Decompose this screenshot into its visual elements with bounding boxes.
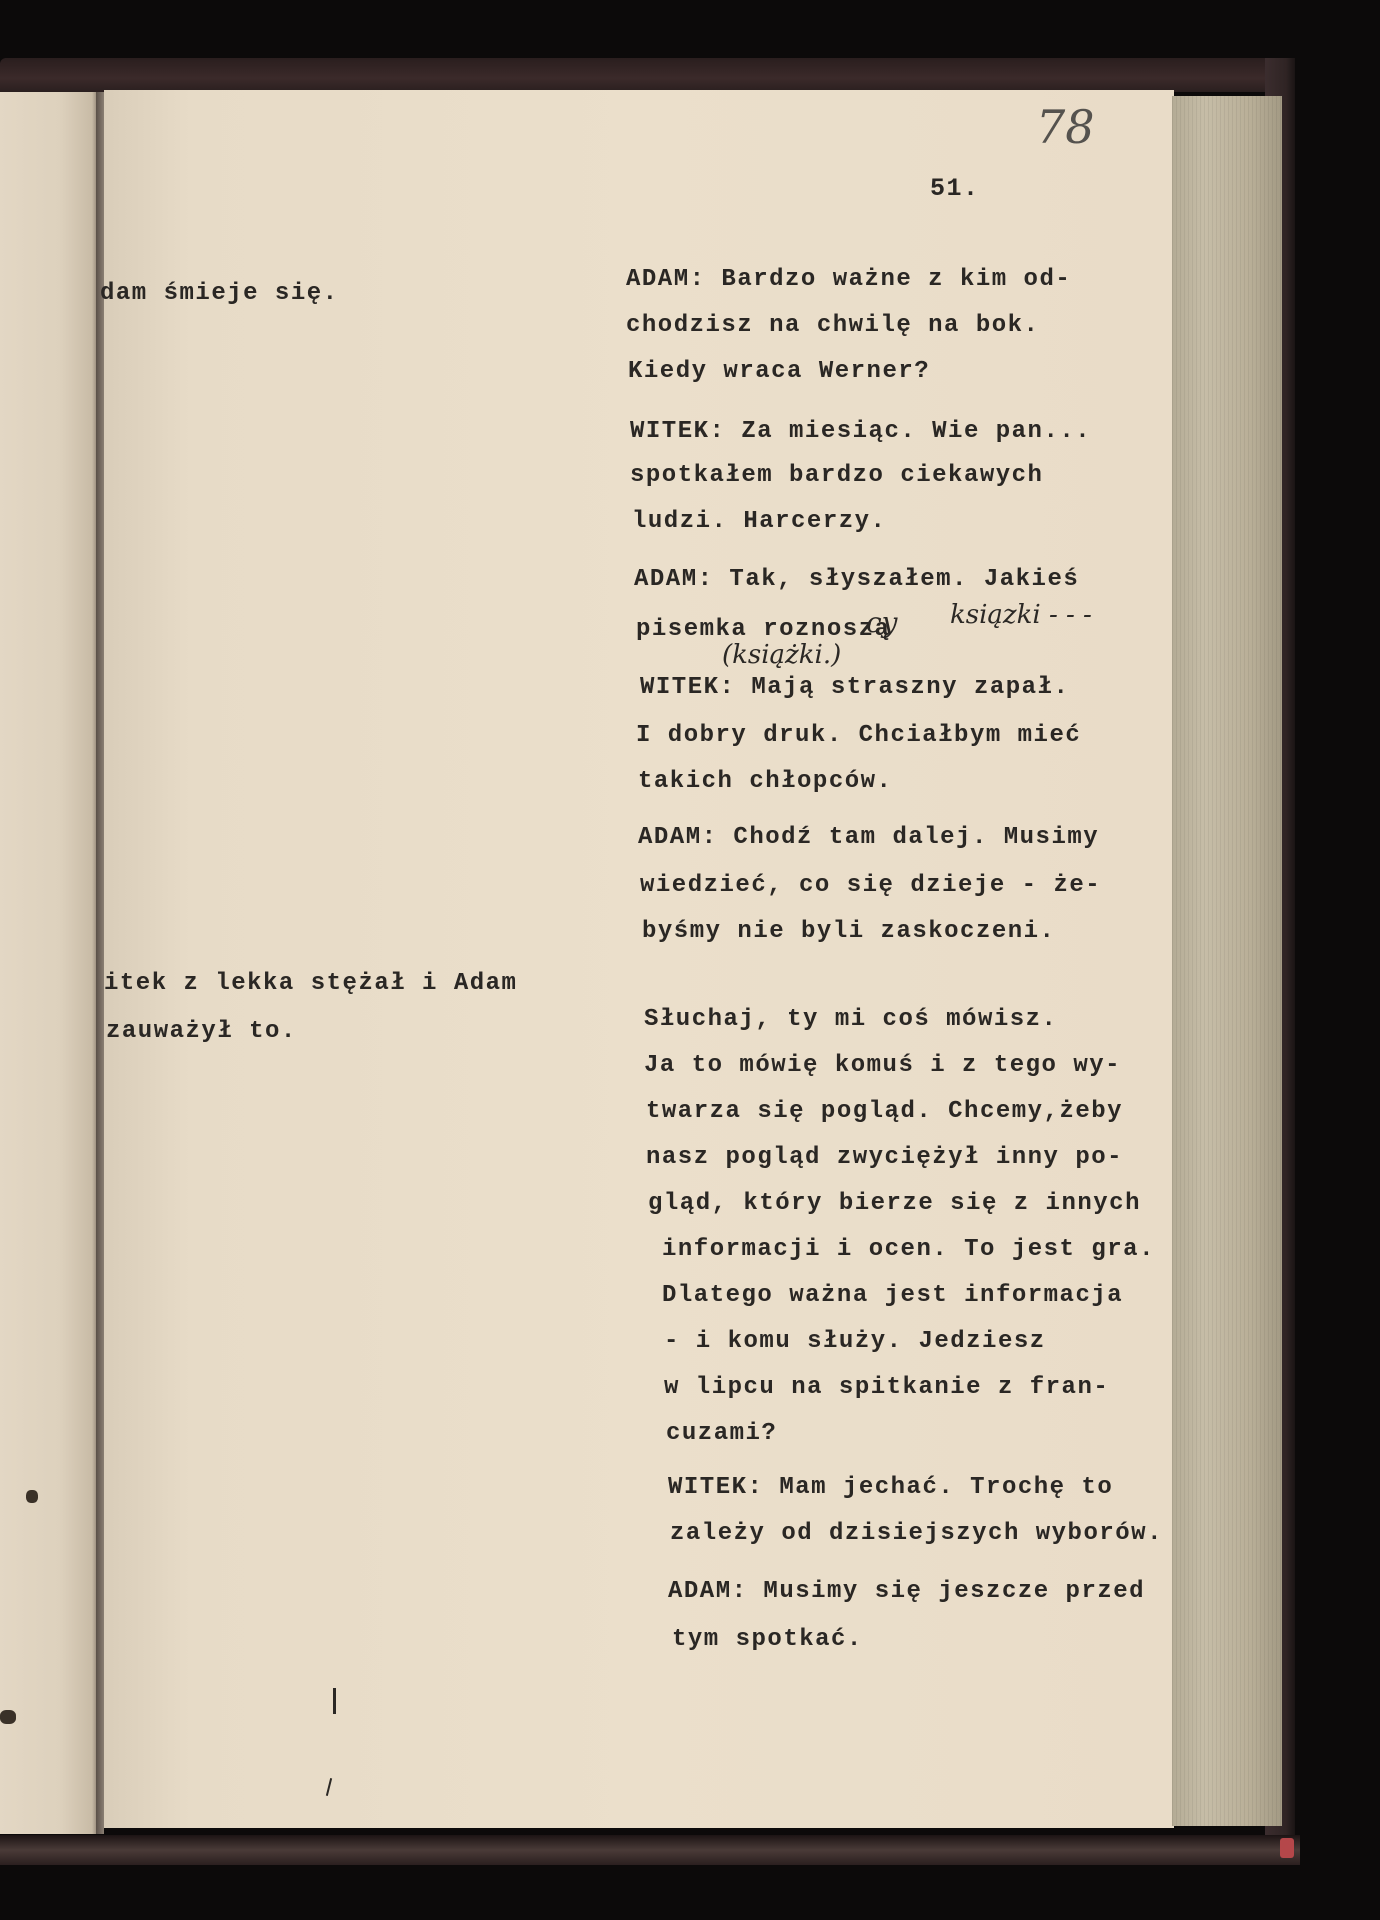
dialogue-line: gląd, który bierze się z innych [648, 1192, 1141, 1216]
dialogue-line: ADAM: Chodź tam dalej. Musimy [638, 826, 1099, 850]
dialogue-line: ADAM: Bardzo ważne z kim od- [626, 268, 1071, 292]
stage-direction-adam-laughs: dam śmieje się. [100, 280, 339, 307]
dialogue-line: WITEK: Za miesiąc. Wie pan... [630, 420, 1091, 444]
stage-direction-witek-line-2: zauważył to. [106, 1018, 297, 1045]
handwritten-annotation: ksiązki - - - [950, 600, 1092, 630]
page-gutter [96, 92, 104, 1834]
dialogue-line: wiedzieć, co się dzieje - że- [640, 874, 1101, 898]
book-cover-bottom [0, 1835, 1300, 1865]
left-page [0, 92, 100, 1834]
dialogue-line: Słuchaj, ty mi coś mówisz. [644, 1008, 1057, 1032]
dialogue-line: zależy od dzisiejszych wyborów. [670, 1522, 1163, 1546]
dialogue-line: I dobry druk. Chciałbym mieć [636, 724, 1081, 748]
dialogue-line: w lipcu na spitkanie z fran- [664, 1376, 1109, 1400]
dialogue-line: spotkałem bardzo ciekawych [630, 464, 1043, 488]
handwritten-annotation: cy [866, 606, 898, 639]
dialogue-line: pisemka roznoszą [636, 618, 890, 642]
dialogue-line: Kiedy wraca Werner? [628, 360, 930, 384]
dialogue-line: chodzisz na chwilę na bok. [626, 314, 1039, 338]
pencil-mark [333, 1688, 336, 1714]
book-cover-top [0, 58, 1290, 92]
handwritten-insertion: (książki.) [722, 640, 841, 670]
dialogue-line: byśmy nie byli zaskoczeni. [642, 920, 1055, 944]
dialogue-line: ludzi. Harcerzy. [632, 510, 886, 534]
dialogue-line: WITEK: Mają straszny zapał. [640, 676, 1069, 700]
dialogue-line: WITEK: Mam jechać. Trochę to [668, 1476, 1113, 1500]
stage-direction-witek-line-1: itek z lekka stężał i Adam [104, 970, 517, 997]
ink-stain [0, 1710, 16, 1724]
page-edges [1172, 96, 1282, 1826]
dialogue-line: ADAM: Musimy się jeszcze przed [668, 1580, 1145, 1604]
dialogue-line: cuzami? [666, 1422, 777, 1446]
dialogue-line: takich chłopców. [638, 770, 892, 794]
dialogue-line: - i komu służy. Jedziesz [664, 1330, 1046, 1354]
dialogue-line: Ja to mówię komuś i z tego wy- [644, 1054, 1121, 1078]
ink-stain [26, 1490, 38, 1503]
dialogue-line: informacji i ocen. To jest gra. [662, 1238, 1155, 1262]
typed-page-number: 51. [930, 174, 980, 203]
dialogue-line: ADAM: Tak, słyszałem. Jakieś [634, 568, 1079, 592]
dialogue-line: tym spotkać. [672, 1628, 863, 1652]
dialogue-line: twarza się pogląd. Chcemy,żeby [646, 1100, 1123, 1124]
archive-page-number: 78 [1036, 100, 1095, 154]
dialogue-line: nasz pogląd zwyciężył inny po- [646, 1146, 1123, 1170]
cover-corner-mark [1280, 1838, 1294, 1858]
right-page [104, 90, 1174, 1828]
dialogue-line: Dlatego ważna jest informacja [662, 1284, 1123, 1308]
